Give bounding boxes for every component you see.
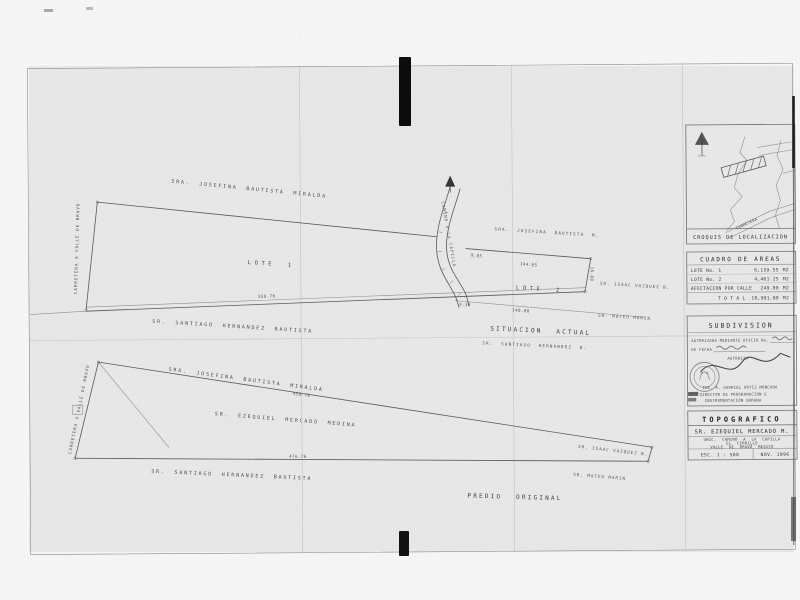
- signer-title-2: INSTRUMENTACION URBANA: [705, 397, 762, 402]
- signer-name: ING. A. GABRIEL ORTIZ MONCADA: [703, 384, 778, 390]
- titleblock-owner: SR. EZEQUIEL MERCADO M.: [695, 429, 790, 436]
- ink-blot: [688, 392, 698, 396]
- scan-speck: [44, 9, 53, 12]
- scanned-topographic-plan: CAMINO A LA CAPILLA SRA. JOSEFINA BAUTIS…: [0, 0, 800, 600]
- dimension-predio-south: 476.76: [289, 454, 307, 459]
- row-label: AFECTACION POR CALLE: [691, 286, 752, 292]
- row-label: T O T A L: [718, 296, 746, 302]
- scan-artifact-bottom-bar: [399, 531, 409, 556]
- ink-blot: [688, 398, 696, 402]
- scan-artifact-right-edge-bottom: [791, 497, 796, 541]
- scan-artifact-top-bar: [399, 57, 411, 126]
- signer-title-1: DIRECTOR DE PROGRAMACION E: [700, 391, 768, 396]
- oficio-line: AUTORIZADA MEDIANTE OFICIO No.: [691, 337, 769, 343]
- row-unit: M2: [783, 285, 789, 291]
- areas-table-total-row: T O T A L 10,991.80 M2: [718, 295, 789, 301]
- row-unit: M2: [783, 276, 789, 282]
- scan-speck: [86, 7, 93, 10]
- plan-type-title: TOPOGRAFICO: [702, 415, 781, 424]
- croquis-caption: CROQUIS DE LOCALIZACION: [693, 234, 788, 241]
- row-value: 10,991.80: [751, 295, 779, 301]
- titleblock-date: NOV. 1996: [761, 452, 790, 458]
- row-unit: M2: [783, 295, 789, 301]
- row-value: 6,159.55: [754, 267, 779, 273]
- row-label: LOTE No. 2: [691, 277, 722, 283]
- dimension-lote2-east: 16.80: [589, 267, 594, 282]
- dimension-top-parcel-south: 358.76: [258, 293, 276, 299]
- titleblock-scale: ESC. 1 : 500: [701, 452, 740, 458]
- titleblock-location-3: VALLE DE BRAVO MEXICO: [710, 444, 774, 449]
- fecha-line: DE FECHA: [691, 347, 712, 352]
- plan-canvas: CAMINO A LA CAPILLA SRA. JOSEFINA BAUTIS…: [0, 0, 800, 600]
- subdivision-title: SUBDIVISION: [709, 321, 774, 329]
- dimension-road-south: 9.30: [459, 302, 471, 308]
- areas-table-row: AFECTACION POR CALLE 249.00 M2: [691, 285, 789, 292]
- row-value: 249.00: [761, 285, 779, 291]
- row-value: 4,461.25: [754, 276, 779, 282]
- row-label: LOTE No. 1: [691, 268, 722, 274]
- row-unit: M2: [783, 267, 789, 273]
- areas-table-title: CUADRO DE AREAS: [700, 256, 781, 264]
